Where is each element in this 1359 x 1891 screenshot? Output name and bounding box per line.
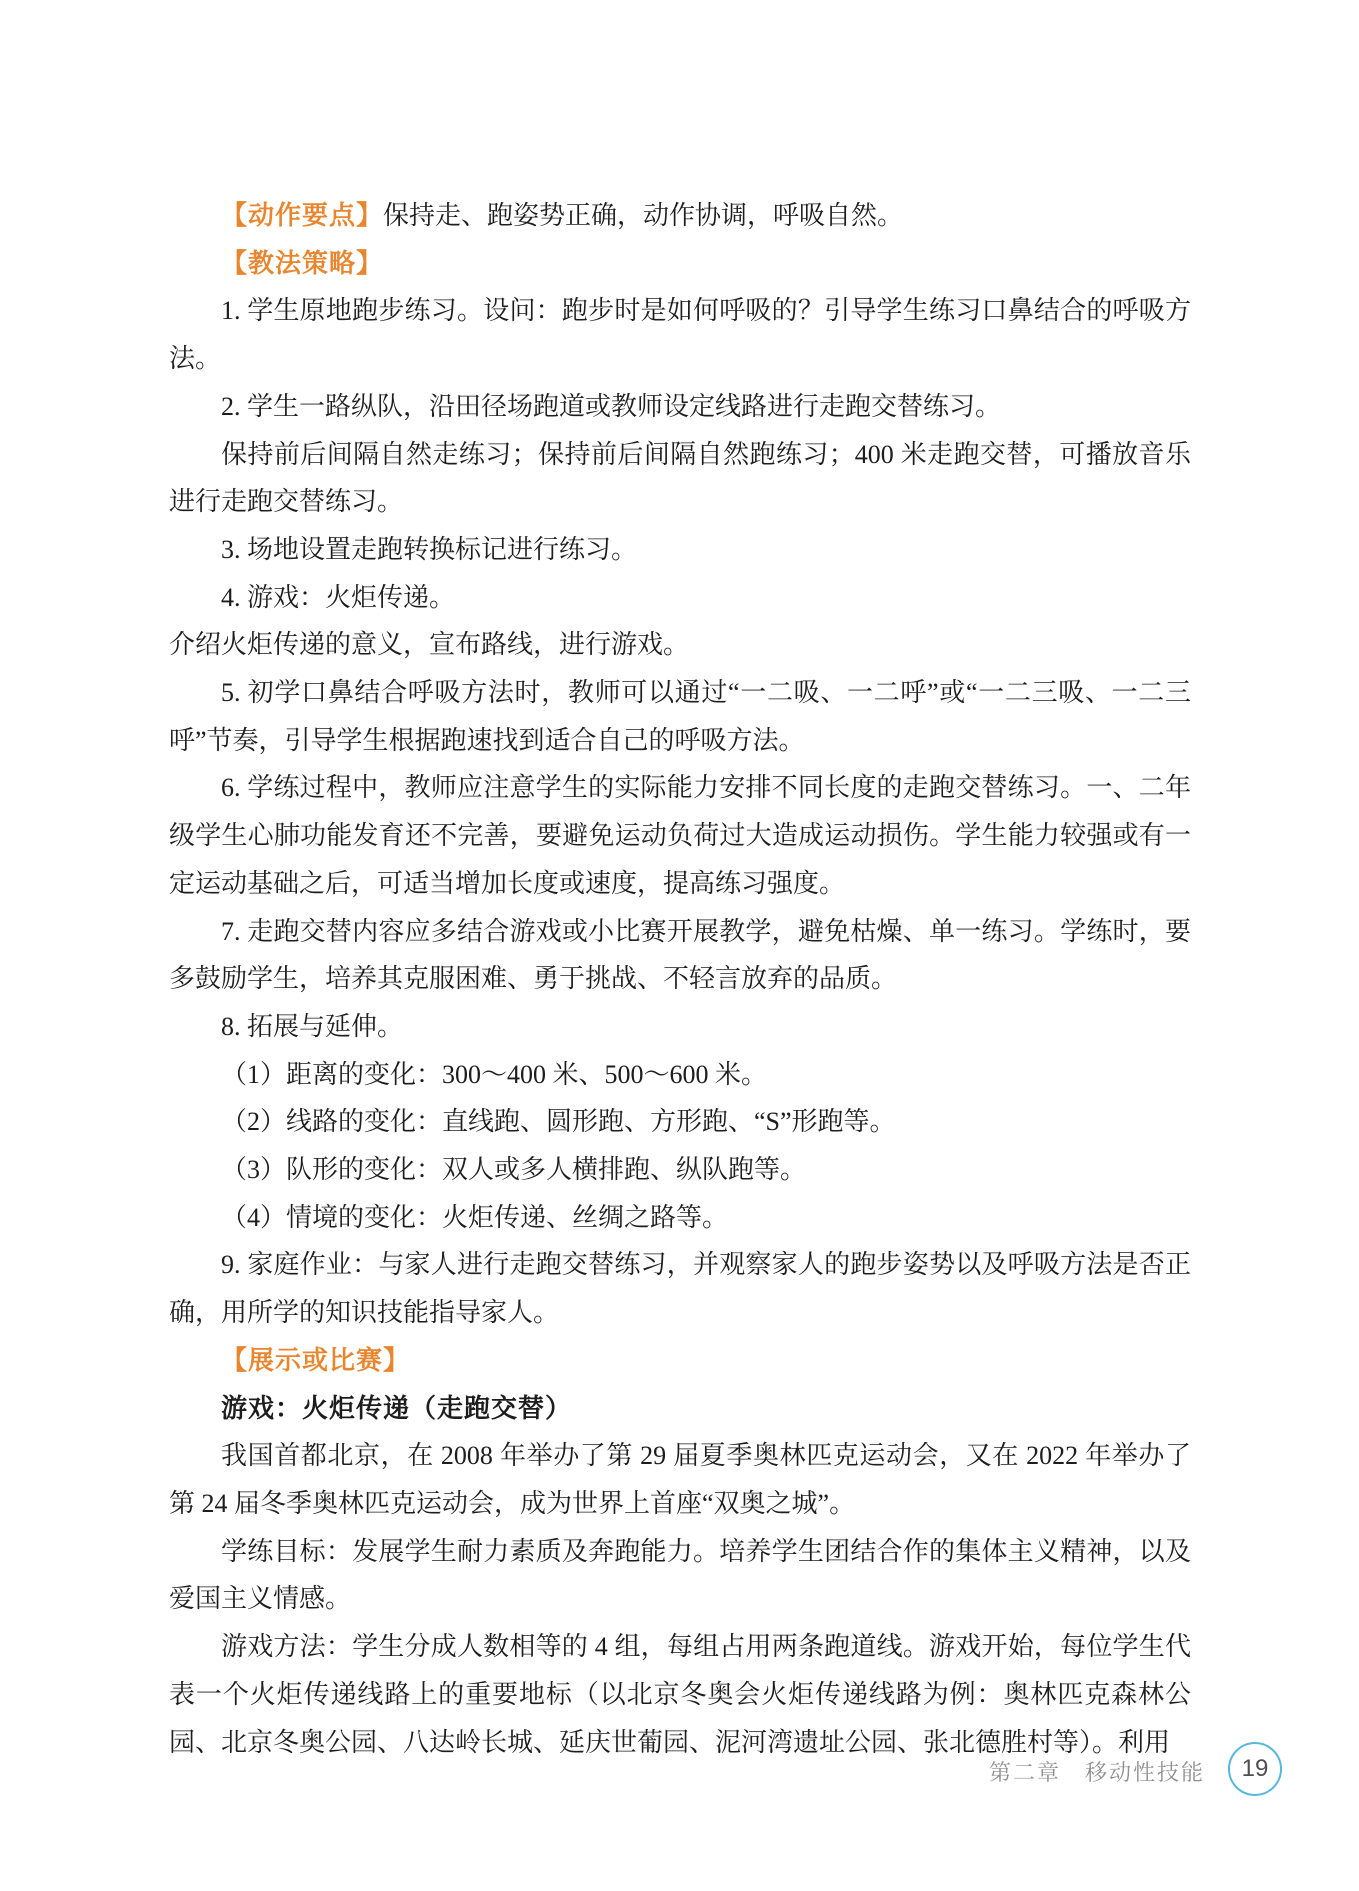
paragraph: （1）距离的变化：300～400 米、500～600 米。 — [169, 1051, 1191, 1099]
paragraph: 学练目标：发展学生耐力素质及奔跑能力。培养学生团结合作的集体主义精神，以及爱国主… — [169, 1528, 1191, 1623]
section-label: 【教法策略】 — [221, 248, 383, 278]
paragraph-text: 保持前后间隔自然走练习；保持前后间隔自然跑练习；400 米走跑交替，可播放音乐进… — [169, 440, 1191, 517]
paragraph-text: （3）队形的变化：双人或多人横排跑、纵队跑等。 — [221, 1155, 806, 1184]
paragraph: （4）情境的变化：火炬传递、丝绸之路等。 — [169, 1194, 1191, 1242]
paragraph: 我国首都北京，在 2008 年举办了第 29 届夏季奥林匹克运动会，又在 202… — [169, 1432, 1191, 1527]
paragraph-text: 游戏方法：学生分成人数相等的 4 组，每组占用两条跑道线。游戏开始，每位学生代表… — [169, 1632, 1191, 1756]
paragraph: （3）队形的变化：双人或多人横排跑、纵队跑等。 — [169, 1146, 1191, 1194]
paragraph-text: （1）距离的变化：300～400 米、500～600 米。 — [221, 1060, 767, 1089]
paragraph: 4. 游戏：火炬传递。 — [169, 574, 1191, 622]
paragraph-text: 4. 游戏：火炬传递。 — [221, 583, 455, 612]
paragraph-text: 5. 初学口鼻结合呼吸方法时，教师可以通过“一二吸、一二呼”或“一二三吸、一二三… — [169, 678, 1191, 755]
footer-chapter: 第二章 移动性技能 — [989, 1756, 1205, 1787]
paragraph-text: 我国首都北京，在 2008 年举办了第 29 届夏季奥林匹克运动会，又在 202… — [169, 1441, 1191, 1518]
paragraph-text: 9. 家庭作业：与家人进行走跑交替练习，并观察家人的跑步姿势以及呼吸方法是否正确… — [169, 1250, 1191, 1327]
section-label: 【动作要点】 — [221, 200, 383, 230]
paragraph-text: 游戏：火炬传递（走跑交替） — [221, 1393, 572, 1423]
paragraph-text: 6. 学练过程中，教师应注意学生的实际能力安排不同长度的走跑交替练习。一、二年级… — [169, 773, 1191, 897]
paragraph-text: 1. 学生原地跑步练习。设问：跑步时是如何呼吸的？引导学生练习口鼻结合的呼吸方法… — [169, 296, 1191, 373]
page-number: 19 — [1242, 1755, 1269, 1783]
paragraph: 8. 拓展与延伸。 — [169, 1003, 1191, 1051]
section-label: 【展示或比赛】 — [221, 1345, 410, 1375]
paragraph-text: 学练目标：发展学生耐力素质及奔跑能力。培养学生团结合作的集体主义精神，以及爱国主… — [169, 1537, 1191, 1614]
paragraph: 保持前后间隔自然走练习；保持前后间隔自然跑练习；400 米走跑交替，可播放音乐进… — [169, 431, 1191, 526]
paragraph: 游戏方法：学生分成人数相等的 4 组，每组占用两条跑道线。游戏开始，每位学生代表… — [169, 1623, 1191, 1766]
section-heading: 【展示或比赛】 — [169, 1337, 1191, 1385]
document-page: 【动作要点】保持走、跑姿势正确，动作协调，呼吸自然。【教法策略】1. 学生原地跑… — [0, 0, 1359, 1891]
paragraph: 3. 场地设置走跑转换标记进行练习。 — [169, 526, 1191, 574]
game-title: 游戏：火炬传递（走跑交替） — [169, 1385, 1191, 1433]
page-number-badge: 19 — [1228, 1742, 1282, 1796]
paragraph-text: （2）线路的变化：直线跑、圆形跑、方形跑、“S”形跑等。 — [221, 1107, 896, 1136]
section-heading: 【教法策略】 — [169, 240, 1191, 288]
section-heading: 【动作要点】保持走、跑姿势正确，动作协调，呼吸自然。 — [169, 192, 1191, 240]
paragraph-text: （4）情境的变化：火炬传递、丝绸之路等。 — [221, 1203, 728, 1232]
paragraph-text: 8. 拓展与延伸。 — [221, 1012, 403, 1041]
paragraph: 1. 学生原地跑步练习。设问：跑步时是如何呼吸的？引导学生练习口鼻结合的呼吸方法… — [169, 287, 1191, 382]
paragraph: 7. 走跑交替内容应多结合游戏或小比赛开展教学，避免枯燥、单一练习。学练时，要多… — [169, 908, 1191, 1003]
paragraph: 2. 学生一路纵队，沿田径场跑道或教师设定线路进行走跑交替练习。 — [169, 383, 1191, 431]
paragraph-text: 介绍火炬传递的意义，宣布路线，进行游戏。 — [169, 630, 689, 659]
paragraph-text: 保持走、跑姿势正确，动作协调，呼吸自然。 — [383, 201, 903, 230]
paragraph: 介绍火炬传递的意义，宣布路线，进行游戏。 — [169, 621, 1191, 669]
paragraph-text: 7. 走跑交替内容应多结合游戏或小比赛开展教学，避免枯燥、单一练习。学练时，要多… — [169, 917, 1191, 994]
page-body: 【动作要点】保持走、跑姿势正确，动作协调，呼吸自然。【教法策略】1. 学生原地跑… — [169, 192, 1191, 1766]
paragraph-text: 2. 学生一路纵队，沿田径场跑道或教师设定线路进行走跑交替练习。 — [221, 392, 1001, 421]
paragraph: 9. 家庭作业：与家人进行走跑交替练习，并观察家人的跑步姿势以及呼吸方法是否正确… — [169, 1241, 1191, 1336]
paragraph: 5. 初学口鼻结合呼吸方法时，教师可以通过“一二吸、一二呼”或“一二三吸、一二三… — [169, 669, 1191, 764]
paragraph: 6. 学练过程中，教师应注意学生的实际能力安排不同长度的走跑交替练习。一、二年级… — [169, 764, 1191, 907]
paragraph-text: 3. 场地设置走跑转换标记进行练习。 — [221, 535, 637, 564]
paragraph: （2）线路的变化：直线跑、圆形跑、方形跑、“S”形跑等。 — [169, 1098, 1191, 1146]
